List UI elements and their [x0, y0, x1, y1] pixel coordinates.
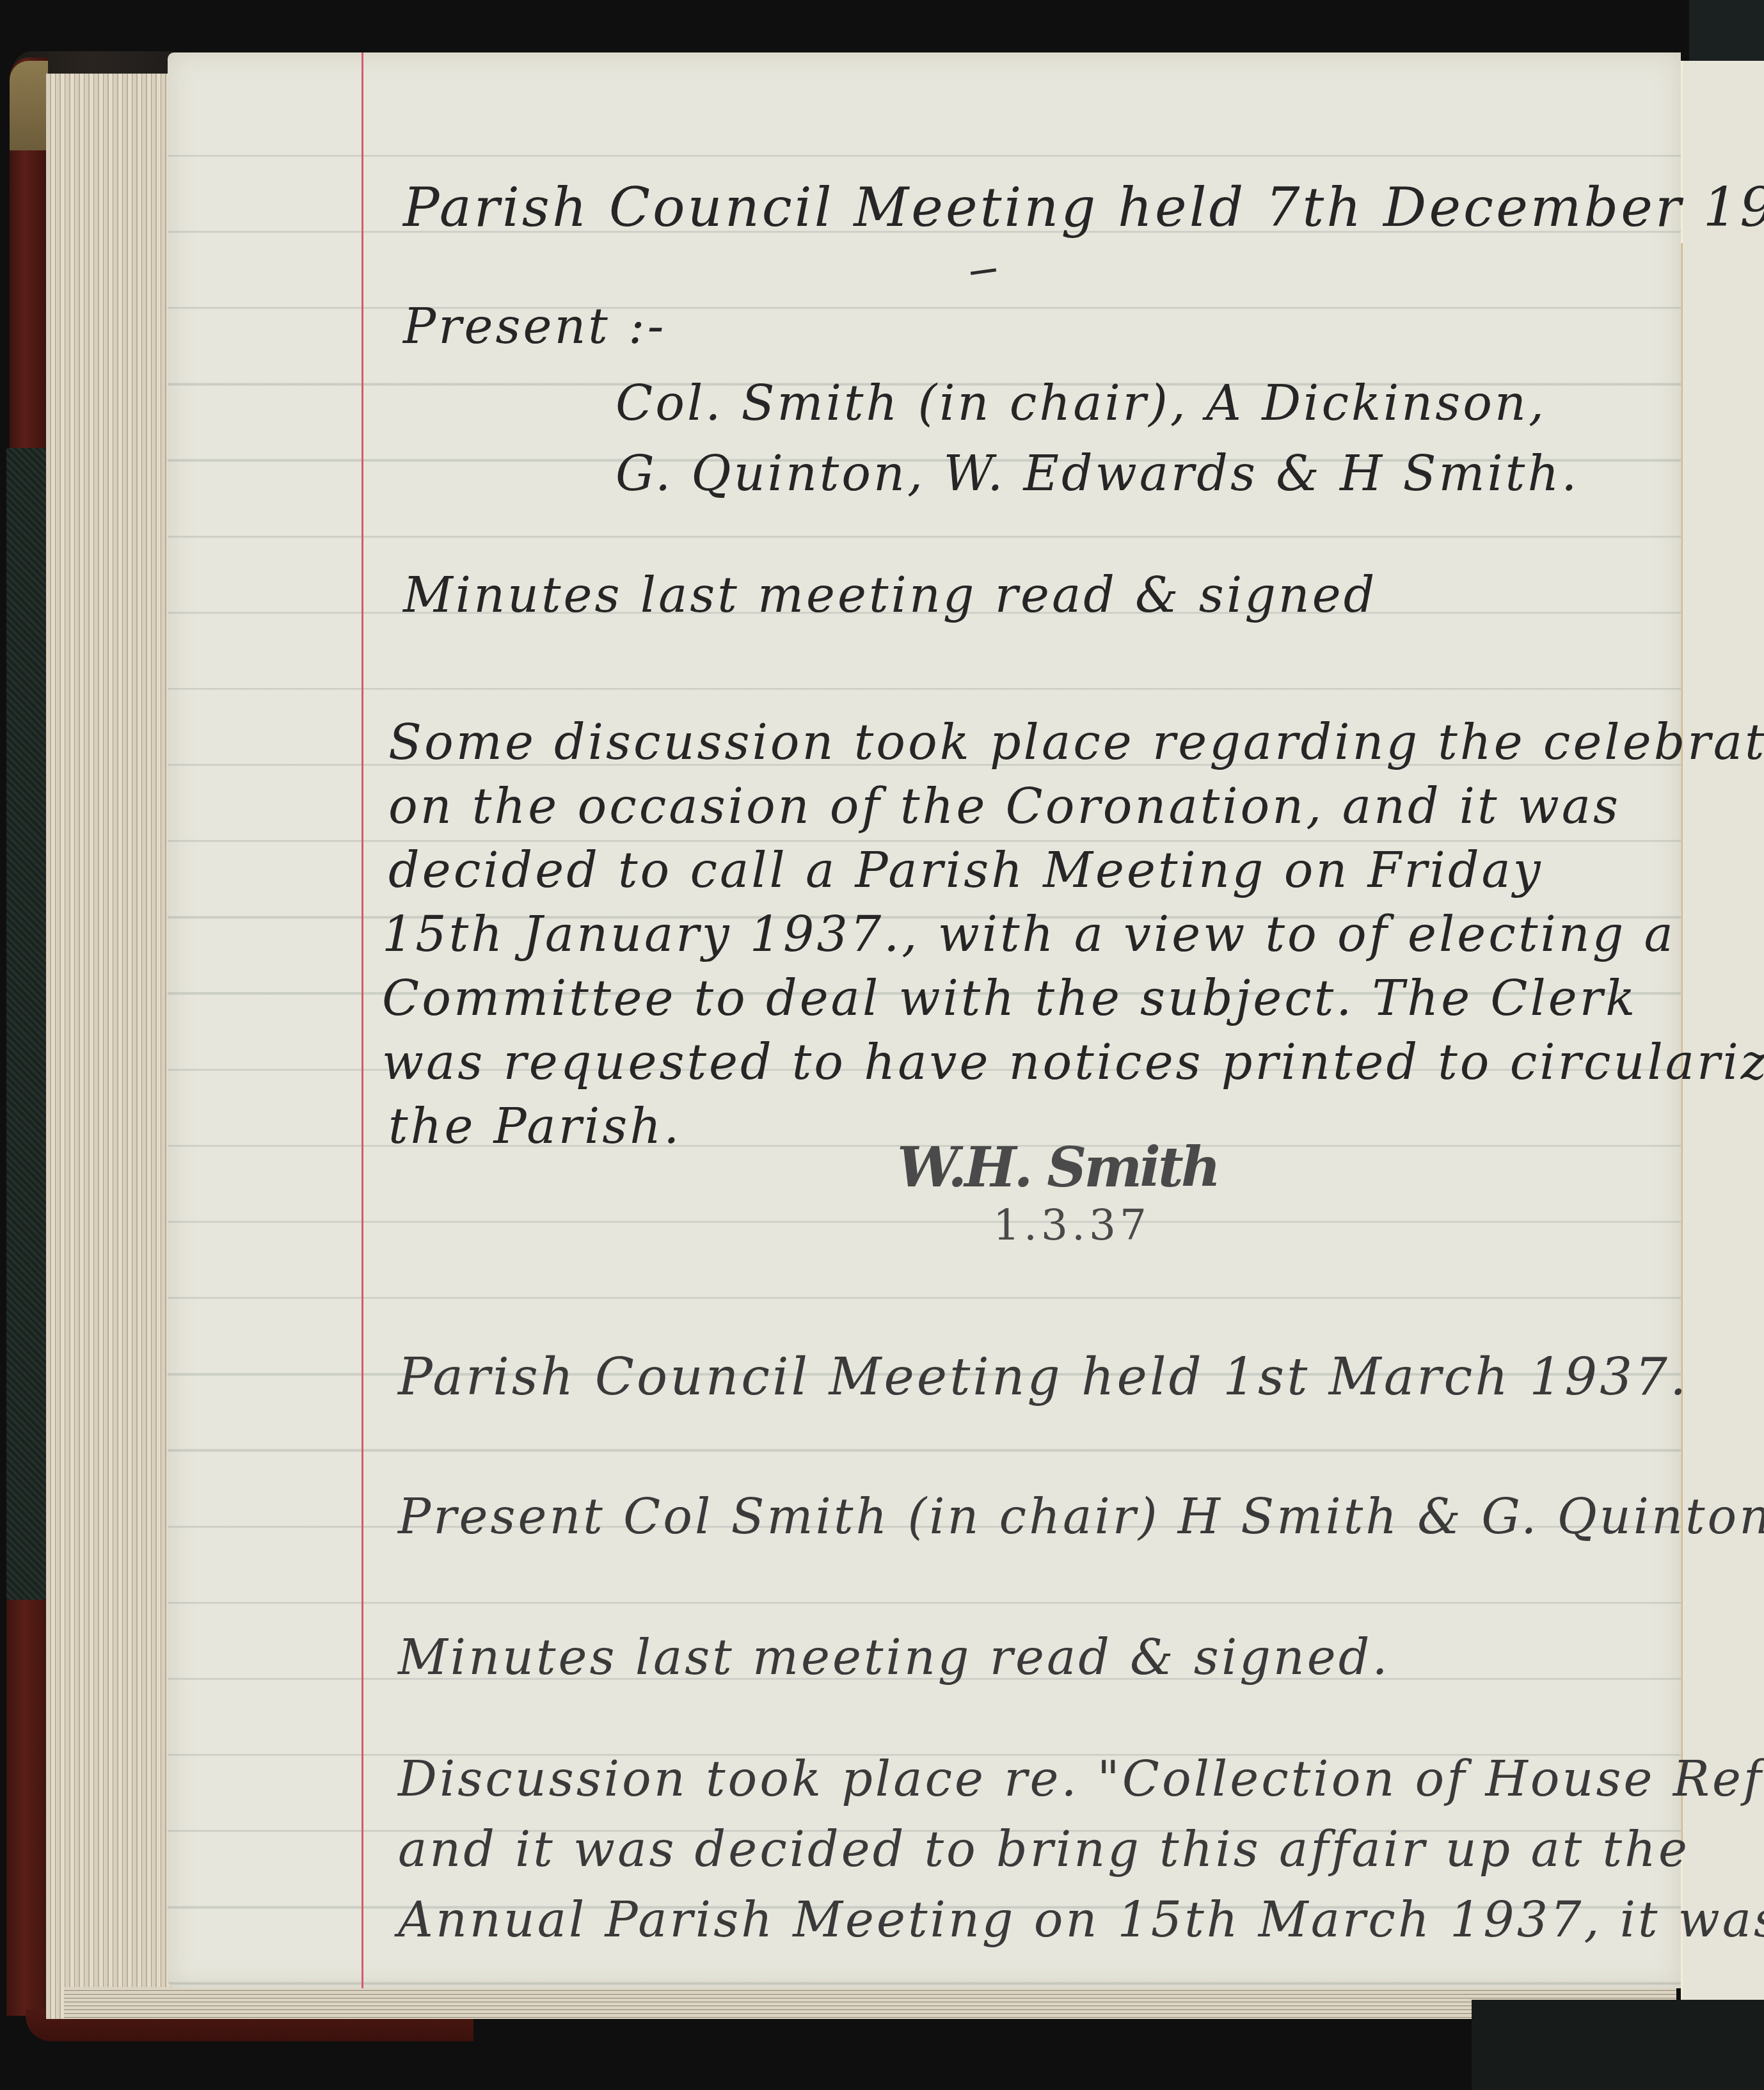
minute-book-page: Parish Council Meeting held 7th December…: [168, 52, 1681, 1988]
minutes-read-2: Minutes last meeting read & signed.: [398, 1633, 1390, 1682]
body-line: Committee to deal with the subject. The …: [382, 974, 1637, 1023]
present-label-1: Present :-: [403, 302, 666, 351]
body-line: the Parish.: [388, 1102, 681, 1151]
body-line: Annual Parish Meeting on 15th March 1937…: [398, 1895, 1764, 1944]
body-line: on the occasion of the Coronation, and i…: [388, 782, 1621, 831]
cloth-cover: [6, 448, 48, 1600]
red-margin-line: [362, 52, 363, 1988]
signature-date: 1.3.37: [993, 1204, 1150, 1247]
leather-spine-bottom: [6, 1600, 51, 2016]
body-line: and it was decided to bring this affair …: [398, 1825, 1690, 1874]
facing-page: [1681, 61, 1764, 2000]
present-names-line-2: G. Quinton, W. Edwards & H Smith.: [616, 449, 1580, 498]
body-line: Discussion took place re. "Collection of…: [398, 1755, 1764, 1803]
present-names-line-1: Col. Smith (in chair), A Dickinson,: [616, 379, 1546, 427]
page-stack-bottom: [64, 1987, 1676, 2019]
body-line: 15th January 1937., with a view to of el…: [382, 910, 1676, 959]
meeting-heading-1: Parish Council Meeting held 7th December…: [403, 180, 1764, 234]
facing-cover-bottom: [1472, 2000, 1764, 2090]
worn-corner: [10, 61, 48, 150]
heading-separator: [971, 268, 996, 275]
facing-cover-top: [1689, 0, 1764, 61]
present-line-2: Present Col Smith (in chair) H Smith & G…: [398, 1492, 1764, 1541]
meeting-heading-2: Parish Council Meeting held 1st March 19…: [398, 1352, 1689, 1403]
body-line: decided to call a Parish Meeting on Frid…: [388, 846, 1543, 895]
minutes-read-1: Minutes last meeting read & signed: [403, 571, 1377, 619]
body-line: Some discussion took place regarding the…: [388, 718, 1764, 767]
body-line: was requested to have notices printed to…: [382, 1038, 1764, 1087]
signature: W.H. Smith: [897, 1140, 1218, 1195]
page-stack-left: [46, 74, 174, 2019]
